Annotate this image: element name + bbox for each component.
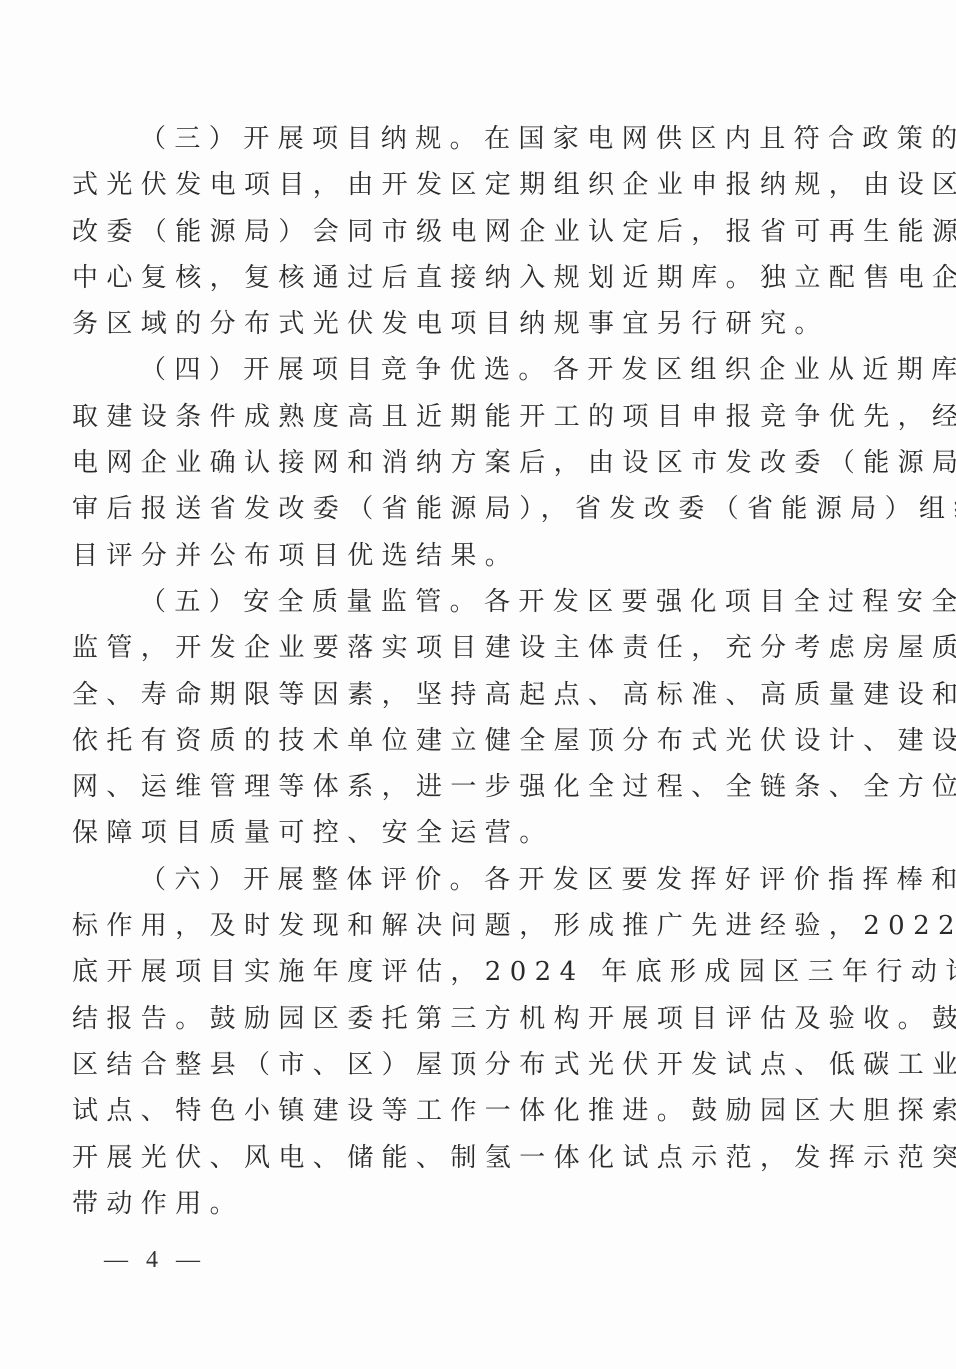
paragraph-line: （三）开展项目纳规。在国家电网供区内且符合政策的分布	[72, 116, 852, 162]
paragraph-line: 电网企业确认接网和消纳方案后，由设区市发改委（能源局）初	[72, 440, 852, 486]
paragraph-line: 结报告。鼓励园区委托第三方机构开展项目评估及验收。鼓励园	[72, 996, 852, 1042]
paragraph-line: （六）开展整体评价。各开发区要发挥好评价指挥棒和风向	[72, 857, 852, 903]
paragraph-line: 底开展项目实施年度评估，2024 年底形成园区三年行动计划总	[72, 949, 852, 995]
paragraph-line: 全、寿命期限等因素，坚持高起点、高标准、高质量建设和运营，	[72, 672, 852, 718]
section-six-overall-evaluation: （六）开展整体评价。各开发区要发挥好评价指挥棒和风向 标作用，及时发现和解决问题…	[72, 857, 852, 1227]
paragraph-line: 监管，开发企业要落实项目建设主体责任，充分考虑房屋质量安	[72, 625, 852, 671]
paragraph-line: 务区域的分布式光伏发电项目纳规事宜另行研究。	[72, 301, 852, 347]
paragraph-line: 开展光伏、风电、储能、制氢一体化试点示范，发挥示范突破和	[72, 1135, 852, 1181]
section-four-competitive-selection: （四）开展项目竞争优选。各开发区组织企业从近期库中选 取建设条件成熟度高且近期能…	[72, 347, 852, 578]
paragraph-line: （五）安全质量监管。各开发区要强化项目全过程安全质量	[72, 579, 852, 625]
paragraph-line: 标作用，及时发现和解决问题，形成推广先进经验，2022、2023	[72, 903, 852, 949]
paragraph-line: 试点、特色小镇建设等工作一体化推进。鼓励园区大胆探索实践，	[72, 1088, 852, 1134]
paragraph-line: 保障项目质量可控、安全运营。	[72, 810, 852, 856]
paragraph-line: 网、运维管理等体系，进一步强化全过程、全链条、全方位监管，	[72, 764, 852, 810]
paragraph-line: （四）开展项目竞争优选。各开发区组织企业从近期库中选	[72, 347, 852, 393]
paragraph-line: 带动作用。	[72, 1181, 852, 1227]
document-body: （三）开展项目纳规。在国家电网供区内且符合政策的分布 式光伏发电项目，由开发区定…	[72, 116, 852, 1227]
section-five-safety-quality: （五）安全质量监管。各开发区要强化项目全过程安全质量 监管，开发企业要落实项目建…	[72, 579, 852, 857]
paragraph-line: 依托有资质的技术单位建立健全屋顶分布式光伏设计、建设、并	[72, 718, 852, 764]
section-three-project-planning: （三）开展项目纳规。在国家电网供区内且符合政策的分布 式光伏发电项目，由开发区定…	[72, 116, 852, 347]
paragraph-line: 区结合整县（市、区）屋顶分布式光伏开发试点、低碳工业园区	[72, 1042, 852, 1088]
paragraph-line: 改委（能源局）会同市级电网企业认定后，报省可再生能源信息	[72, 209, 852, 255]
paragraph-line: 中心复核，复核通过后直接纳入规划近期库。独立配售电企业服	[72, 255, 852, 301]
page-number: — 4 —	[104, 1247, 206, 1274]
paragraph-line: 取建设条件成熟度高且近期能开工的项目申报竞争优先，经市级	[72, 394, 852, 440]
paragraph-line: 审后报送省发改委（省能源局），省发改委（省能源局）组织项	[72, 486, 852, 532]
paragraph-line: 式光伏发电项目，由开发区定期组织企业申报纳规，由设区市发	[72, 162, 852, 208]
document-page: （三）开展项目纳规。在国家电网供区内且符合政策的分布 式光伏发电项目，由开发区定…	[0, 0, 956, 1369]
paragraph-line: 目评分并公布项目优选结果。	[72, 533, 852, 579]
